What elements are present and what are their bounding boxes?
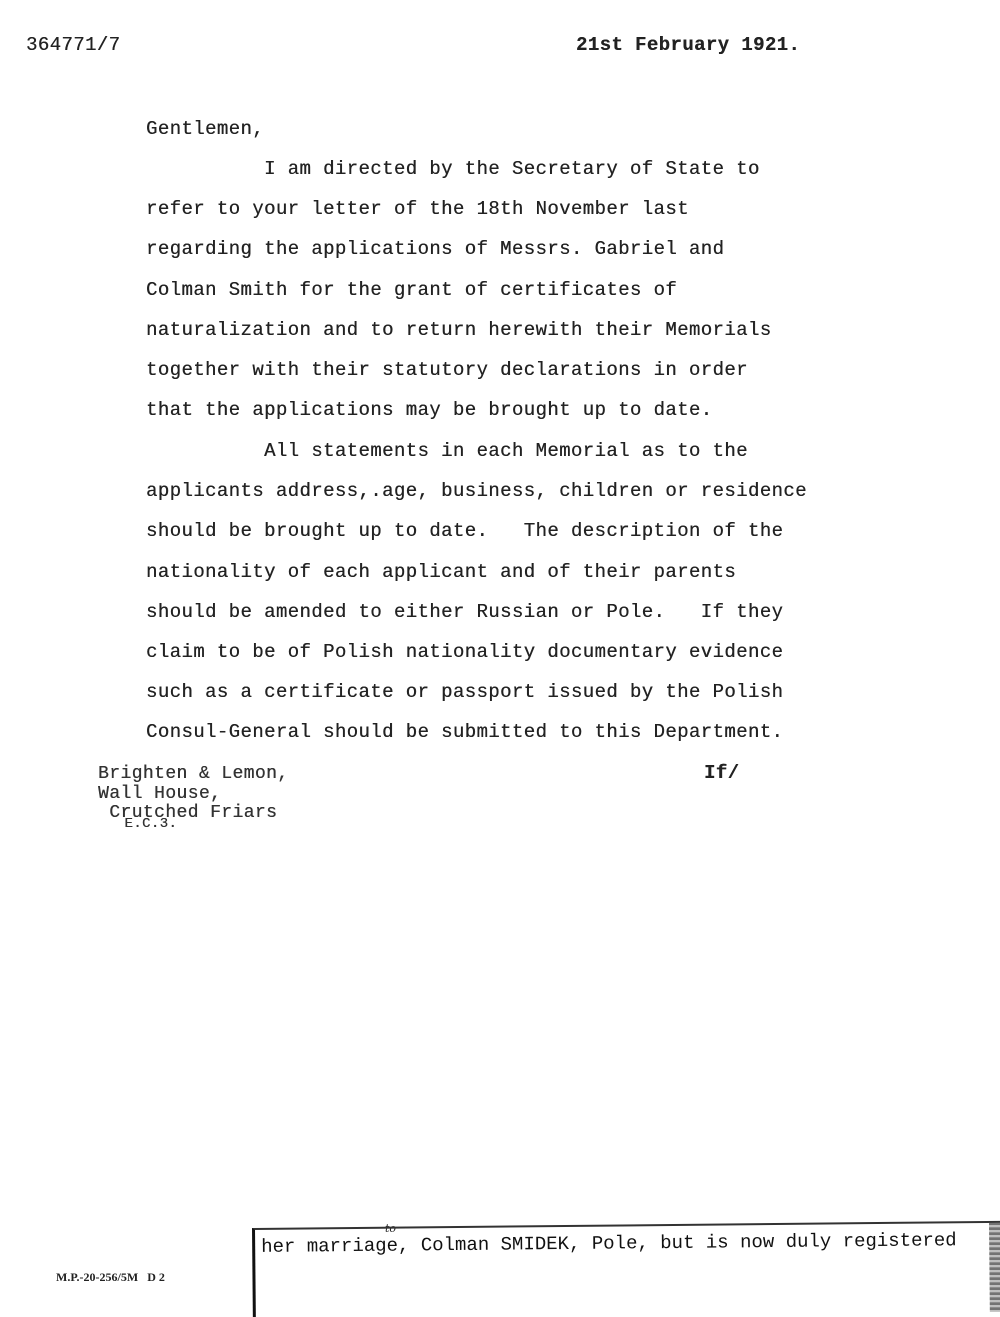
body-line: naturalization and to return herewith th…: [146, 319, 772, 341]
body-line: All statements in each Memorial as to th…: [146, 440, 748, 462]
body-line: refer to your letter of the 18th Novembe…: [146, 198, 689, 220]
body-line: Consul-General should be submitted to th…: [146, 721, 783, 743]
file-reference: 364771/7: [26, 34, 120, 56]
body-line: should be brought up to date. The descri…: [146, 520, 783, 542]
body-line: I am directed by the Secretary of State …: [146, 158, 760, 180]
body-line: nationality of each applicant and of the…: [146, 561, 736, 583]
body-line: applicants address,.age, business, child…: [146, 480, 807, 502]
torn-edge: [989, 1223, 1000, 1312]
catchword: If/: [704, 762, 739, 784]
form-code: M.P.-20-256/5M D 2: [56, 1270, 165, 1285]
body-line: that the applications may be brought up …: [146, 399, 713, 421]
letter-date: 21st February 1921.: [576, 34, 800, 56]
body-line: together with their statutory declaratio…: [146, 359, 748, 381]
body-line: claim to be of Polish nationality docume…: [146, 641, 783, 663]
strip-text: her marriage, Colman SMIDEK, Pole, but i…: [261, 1229, 957, 1258]
body-line: Colman Smith for the grant of certificat…: [146, 279, 677, 301]
body-line: such as a certificate or passport issued…: [146, 681, 783, 703]
addressee-line: E.C.3.: [98, 816, 177, 832]
addressee-line: Brighten & Lemon,: [98, 764, 288, 784]
body-line: should be amended to either Russian or P…: [146, 601, 783, 623]
addressee-line: Wall House,: [98, 784, 221, 804]
salutation: Gentlemen,: [146, 118, 264, 140]
attached-paper-strip: her marriage, Colman SMIDEK, Pole, but i…: [252, 1221, 1000, 1317]
body-line: regarding the applications of Messrs. Ga…: [146, 238, 724, 260]
